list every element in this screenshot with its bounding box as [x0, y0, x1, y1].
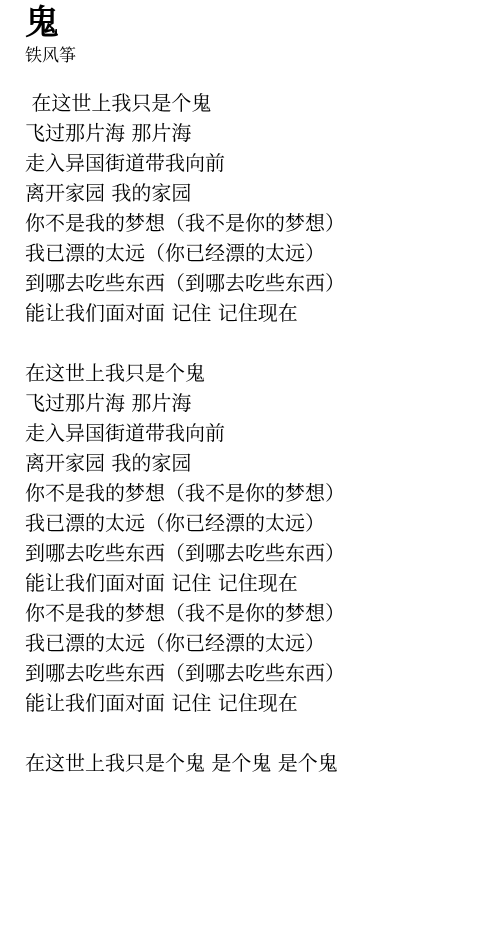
- lyrics-line: 你不是我的梦想（我不是你的梦想）: [25, 478, 480, 508]
- lyrics-line: 到哪去吃些东西（到哪去吃些东西）: [25, 658, 480, 688]
- lyrics-page: 鬼 铁风筝 在这世上我只是个鬼飞过那片海 那片海走入异国街道带我向前离开家园 我…: [0, 0, 500, 778]
- lyrics-line: 到哪去吃些东西（到哪去吃些东西）: [25, 538, 480, 568]
- lyrics-line: 在这世上我只是个鬼: [25, 88, 480, 118]
- lyrics-line: 到哪去吃些东西（到哪去吃些东西）: [25, 268, 480, 298]
- lyrics-line: 我已漂的太远（你已经漂的太远）: [25, 508, 480, 538]
- lyrics-line: 能让我们面对面 记住 记住现在: [25, 688, 480, 718]
- song-title: 鬼: [25, 4, 480, 42]
- lyrics-line: 你不是我的梦想（我不是你的梦想）: [25, 598, 480, 628]
- lyrics-line: 飞过那片海 那片海: [25, 388, 480, 418]
- lyrics-line: 离开家园 我的家园: [25, 178, 480, 208]
- lyrics-stanza: 在这世上我只是个鬼飞过那片海 那片海走入异国街道带我向前离开家园 我的家园你不是…: [25, 358, 480, 718]
- lyrics-stanza: 在这世上我只是个鬼飞过那片海 那片海走入异国街道带我向前离开家园 我的家园你不是…: [25, 88, 480, 328]
- lyrics: 在这世上我只是个鬼飞过那片海 那片海走入异国街道带我向前离开家园 我的家园你不是…: [25, 88, 480, 778]
- lyrics-line: 你不是我的梦想（我不是你的梦想）: [25, 208, 480, 238]
- lyrics-line: 离开家园 我的家园: [25, 448, 480, 478]
- lyrics-line: 能让我们面对面 记住 记住现在: [25, 298, 480, 328]
- artist-name: 铁风筝: [25, 45, 480, 67]
- lyrics-line: 走入异国街道带我向前: [25, 148, 480, 178]
- lyrics-line: 我已漂的太远（你已经漂的太远）: [25, 238, 480, 268]
- lyrics-line: 走入异国街道带我向前: [25, 418, 480, 448]
- lyrics-line: 在这世上我只是个鬼: [25, 358, 480, 388]
- lyrics-line: 飞过那片海 那片海: [25, 118, 480, 148]
- lyrics-line: 能让我们面对面 记住 记住现在: [25, 568, 480, 598]
- lyrics-stanza: 在这世上我只是个鬼 是个鬼 是个鬼: [25, 748, 480, 778]
- lyrics-line: 我已漂的太远（你已经漂的太远）: [25, 628, 480, 658]
- lyrics-line: 在这世上我只是个鬼 是个鬼 是个鬼: [25, 748, 480, 778]
